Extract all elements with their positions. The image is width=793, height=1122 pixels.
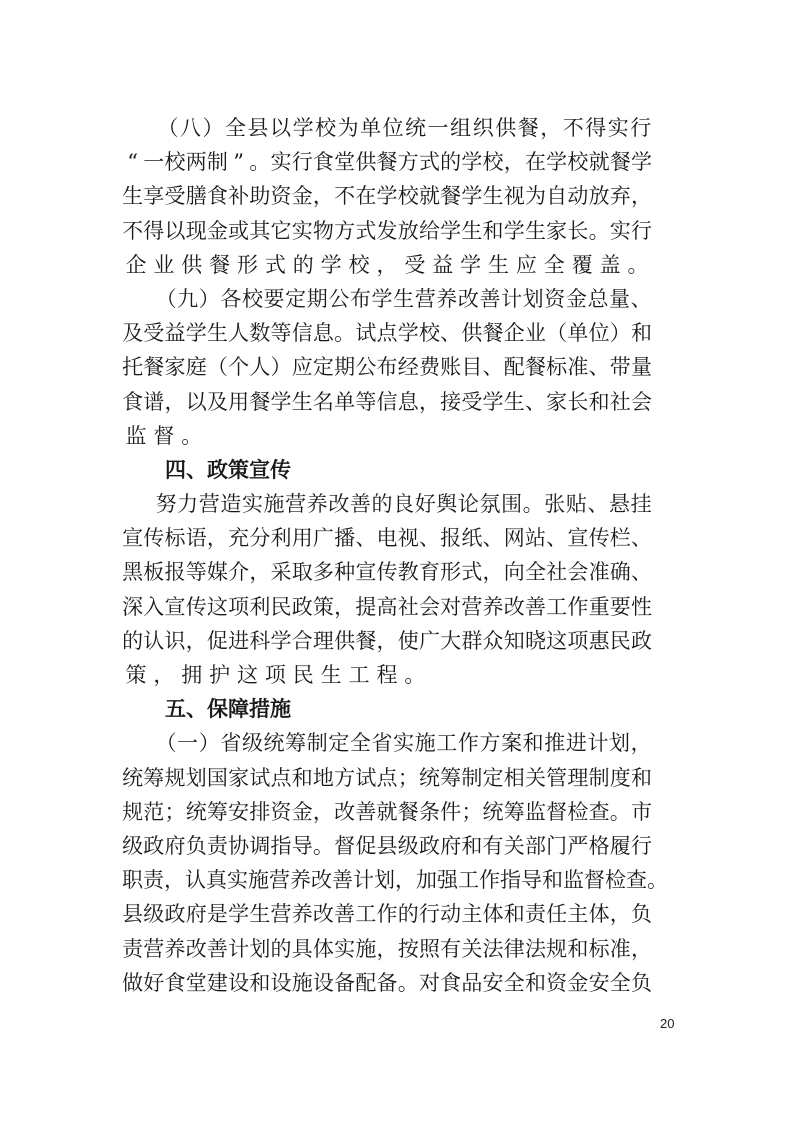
body-text-line: 及受益学生人数等信息。试点学校、供餐企业（单位）和: [122, 316, 652, 350]
body-text-line: 托餐家庭（个人）应定期公布经费账目、配餐标准、带量: [122, 350, 652, 384]
body-text-line: 不得以现金或其它实物方式发放给学生和学生家长。实行: [122, 214, 652, 248]
body-text-line: 职责，认真实施营养改善计划，加强工作指导和监督检查。: [122, 863, 652, 897]
body-text-line: 规范；统筹安排资金，改善就餐条件；统筹监督检查。市: [122, 795, 652, 829]
body-text-line: 黑板报等媒介，采取多种宣传教育形式，向全社会准确、: [122, 555, 652, 589]
body-text-line: 深入宣传这项利民政策，提高社会对营养改善工作重要性: [122, 590, 652, 624]
body-text-line: 监督。: [122, 419, 652, 453]
body-text-line: 县级政府是学生营养改善工作的行动主体和责任主体，负: [122, 897, 652, 931]
page-number: 20: [660, 1016, 674, 1031]
body-text-line: 策，拥护这项民生工程。: [122, 658, 652, 692]
body-text-line: 宣传标语，充分利用广播、电视、报纸、网站、宣传栏、: [122, 521, 652, 555]
body-text-line: “一校两制”。实行食堂供餐方式的学校，在学校就餐学: [122, 145, 652, 179]
body-text-line: （九）各校要定期公布学生营养改善计划资金总量、: [122, 282, 652, 316]
body-text-line: 统筹规划国家试点和地方试点；统筹制定相关管理制度和: [122, 761, 652, 795]
body-text-line: 的认识，促进科学合理供餐，使广大群众知晓这项惠民政: [122, 624, 652, 658]
body-text-line: 食谱，以及用餐学生名单等信息，接受学生、家长和社会: [122, 385, 652, 419]
body-text-line: 生享受膳食补助资金，不在学校就餐学生视为自动放弃，: [122, 179, 652, 213]
section-heading: 五、保障措施: [122, 692, 662, 726]
body-text-line: 努力营造实施营养改善的良好舆论氛围。张贴、悬挂: [122, 487, 652, 521]
body-text-line: （八）全县以学校为单位统一组织供餐，不得实行: [122, 111, 652, 145]
body-text-line: 责营养改善计划的具体实施，按照有关法律法规和标准，: [122, 932, 652, 966]
body-text-line: 企业供餐形式的学校，受益学生应全覆盖。: [122, 248, 652, 282]
document-body: （八）全县以学校为单位统一组织供餐，不得实行“一校两制”。实行食堂供餐方式的学校…: [122, 111, 662, 1000]
body-text-line: 做好食堂建设和设施设备配备。对食品安全和资金安全负: [122, 966, 652, 1000]
body-text-line: （一）省级统筹制定全省实施工作方案和推进计划，: [122, 726, 652, 760]
body-text-line: 级政府负责协调指导。督促县级政府和有关部门严格履行: [122, 829, 652, 863]
section-heading: 四、政策宣传: [122, 453, 662, 487]
